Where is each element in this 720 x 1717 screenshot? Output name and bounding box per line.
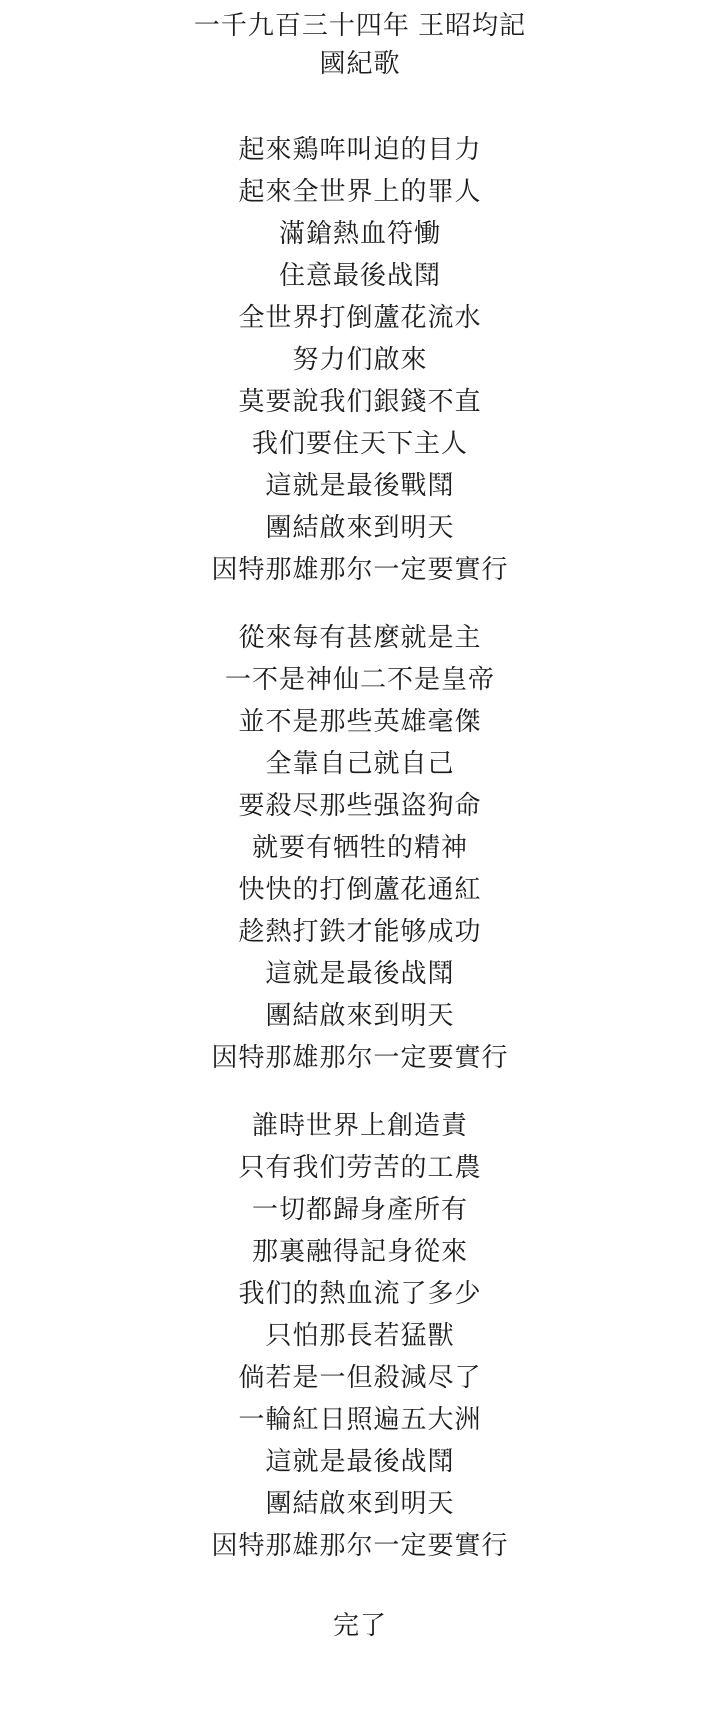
lyric-line: 這就是最後戰鬦	[0, 464, 720, 506]
lyric-line: 一切都歸身產所有	[0, 1188, 720, 1230]
lyric-line: 快快的打倒蘆花通紅	[0, 868, 720, 910]
lyric-line: 住意最後战鬦	[0, 254, 720, 296]
lyric-line: 團結啟來到明天	[0, 994, 720, 1036]
lyric-line: 一輪紅日照遍五大洲	[0, 1398, 720, 1440]
lyric-line: 起來鶏哖叫迫的目力	[0, 128, 720, 170]
lyric-line: 團結啟來到明天	[0, 1482, 720, 1524]
lyric-line: 我们的熱血流了多少	[0, 1272, 720, 1314]
lyrics-page: 一千九百三十四年 王昭均記 國紀歌 起來鶏哖叫迫的目力 起來全世界上的罪人 滿鎗…	[0, 0, 720, 1646]
lyric-line: 倘若是一但殺減尽了	[0, 1356, 720, 1398]
lyric-line: 從來每有甚麼就是主	[0, 616, 720, 658]
lyric-line: 起來全世界上的罪人	[0, 170, 720, 212]
end-text: 完了	[0, 1604, 720, 1646]
lyric-line: 那裏融得記身從來	[0, 1230, 720, 1272]
lyric-line: 全世界打倒蘆花流水	[0, 296, 720, 338]
page-footer: 完了	[0, 1604, 720, 1646]
stanza-2: 從來每有甚麼就是主 一不是神仙二不是皇帝 並不是那些英雄毫傑 全靠自己就自己 要…	[0, 616, 720, 1078]
lyric-line: 只怕那長若猛獸	[0, 1314, 720, 1356]
page-title: 國紀歌	[0, 44, 720, 82]
lyric-line: 努力们啟來	[0, 338, 720, 380]
lyric-line: 因特那雄那尔一定要實行	[0, 1524, 720, 1566]
lyric-line: 我们要住天下主人	[0, 422, 720, 464]
lyric-line: 這就是最後战鬦	[0, 1440, 720, 1482]
lyric-line: 一不是神仙二不是皇帝	[0, 658, 720, 700]
lyric-line: 團結啟來到明天	[0, 506, 720, 548]
lyric-line: 這就是最後战鬦	[0, 952, 720, 994]
date-author-line: 一千九百三十四年 王昭均記	[0, 6, 720, 44]
lyric-line: 滿鎗熱血符慟	[0, 212, 720, 254]
lyric-line: 因特那雄那尔一定要實行	[0, 1036, 720, 1078]
lyric-line: 誰時世界上創造責	[0, 1104, 720, 1146]
lyric-line: 莫要說我们銀錢不直	[0, 380, 720, 422]
lyric-line: 因特那雄那尔一定要實行	[0, 548, 720, 590]
lyric-line: 全靠自己就自己	[0, 742, 720, 784]
stanza-3: 誰時世界上創造責 只有我们劳苦的工農 一切都歸身產所有 那裏融得記身從來 我们的…	[0, 1104, 720, 1566]
lyric-line: 只有我们劳苦的工農	[0, 1146, 720, 1188]
lyric-line: 要殺尽那些强盗狗命	[0, 784, 720, 826]
lyric-line: 就要有牺牲的精神	[0, 826, 720, 868]
page-header: 一千九百三十四年 王昭均記 國紀歌	[0, 6, 720, 82]
lyric-line: 並不是那些英雄毫傑	[0, 700, 720, 742]
stanza-1: 起來鶏哖叫迫的目力 起來全世界上的罪人 滿鎗熱血符慟 住意最後战鬦 全世界打倒蘆…	[0, 128, 720, 590]
lyric-line: 趁熱打鉄才能够成功	[0, 910, 720, 952]
